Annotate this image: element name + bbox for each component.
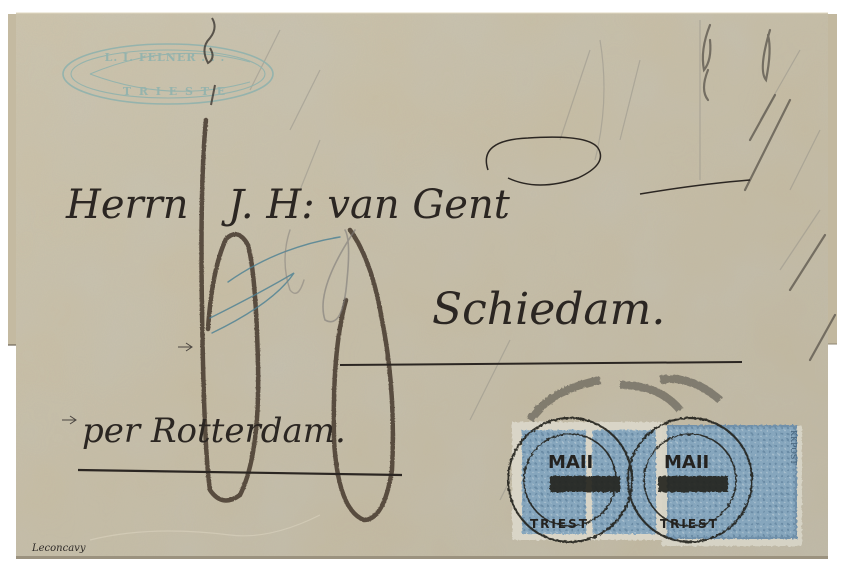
svg-text:MAII: MAII	[664, 452, 709, 473]
svg-text:KKPOST: KKPOST	[789, 430, 798, 465]
svg-text:TRIEST: TRIEST	[530, 517, 589, 531]
svg-text:TRIEST: TRIEST	[660, 517, 719, 531]
cover-illustration: L. I. FELNER . . . T R I E S T E Herrn J…	[0, 0, 850, 577]
svg-text:MAII: MAII	[548, 452, 593, 473]
svg-text:T R I E S T E: T R I E S T E	[123, 85, 227, 98]
address-salutation: Herrn	[65, 182, 189, 228]
bottom-left-pencil-note: Leconcavy	[31, 543, 86, 554]
address-name: J. H: van Gent	[221, 182, 511, 228]
postal-cover-photo: L. I. FELNER . . . T R I E S T E Herrn J…	[0, 0, 850, 577]
routing-instruction: per Rotterdam.	[82, 411, 346, 451]
address-city: Schiedam.	[432, 284, 665, 335]
